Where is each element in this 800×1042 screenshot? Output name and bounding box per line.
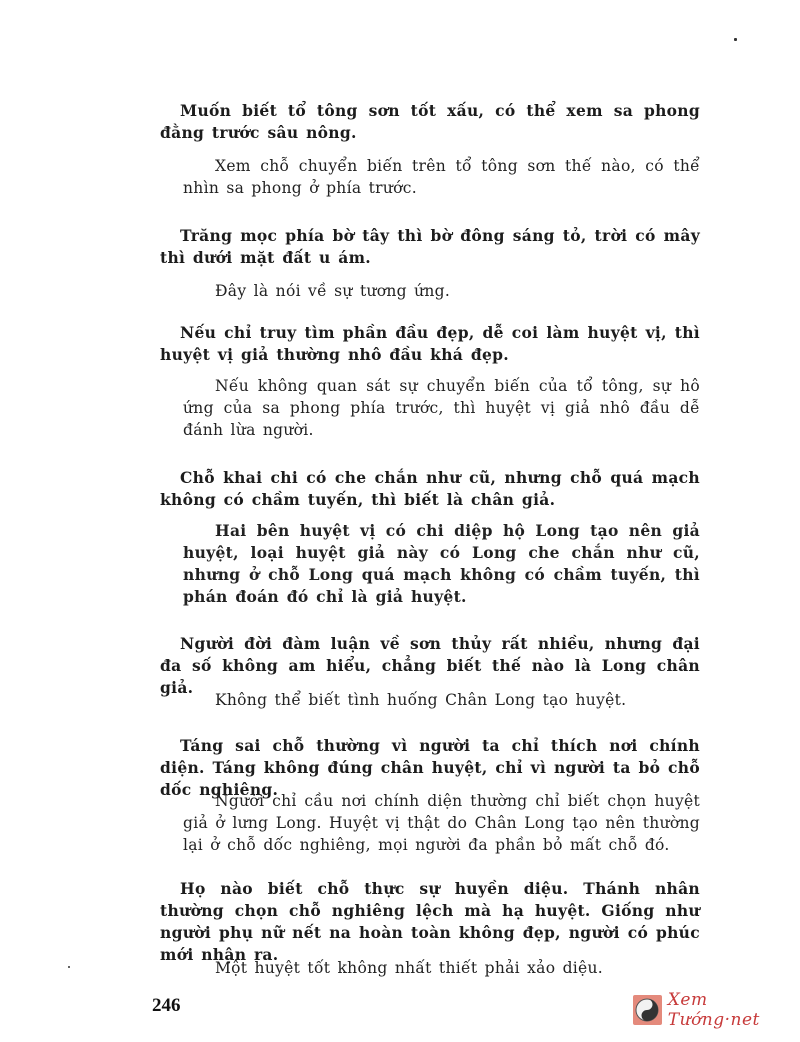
yin-yang-icon: [633, 995, 662, 1025]
main-paragraph-7: Họ nào biết chỗ thực sự huyền diệu. Thán…: [160, 878, 700, 966]
comment-paragraph-1: Xem chỗ chuyển biến trên tổ tông sơn thế…: [183, 155, 700, 199]
scan-speck: [68, 966, 70, 968]
comment-paragraph-5: Không thể biết tình huống Chân Long tạo …: [183, 689, 700, 711]
comment-paragraph-6: Người chỉ cầu nơi chính diện thường chỉ …: [183, 790, 700, 856]
page-number: 246: [152, 995, 181, 1017]
book-page: Muốn biết tổ tông sơn tốt xấu, có thể xe…: [0, 0, 800, 1042]
main-paragraph-2: Trăng mọc phía bờ tây thì bờ đông sáng t…: [160, 225, 700, 269]
main-paragraph-4: Chỗ khai chi có che chắn như cũ, nhưng c…: [160, 467, 700, 511]
scan-speck: [734, 38, 737, 41]
comment-paragraph-7: Một huyệt tốt không nhất thiết phải xảo …: [183, 957, 700, 979]
comment-paragraph-3: Nếu không quan sát sự chuyển biến của tổ…: [183, 375, 700, 441]
comment-paragraph-2: Đây là nói về sự tương ứng.: [183, 280, 700, 302]
watermark: Xem Tướng·net: [633, 990, 800, 1030]
comment-paragraph-4: Hai bên huyệt vị có chi diệp hộ Long tạo…: [183, 520, 700, 608]
watermark-text: Xem Tướng·net: [668, 990, 800, 1030]
main-paragraph-1: Muốn biết tổ tông sơn tốt xấu, có thể xe…: [160, 100, 700, 144]
main-paragraph-3: Nếu chỉ truy tìm phần đầu đẹp, dễ coi là…: [160, 322, 700, 366]
